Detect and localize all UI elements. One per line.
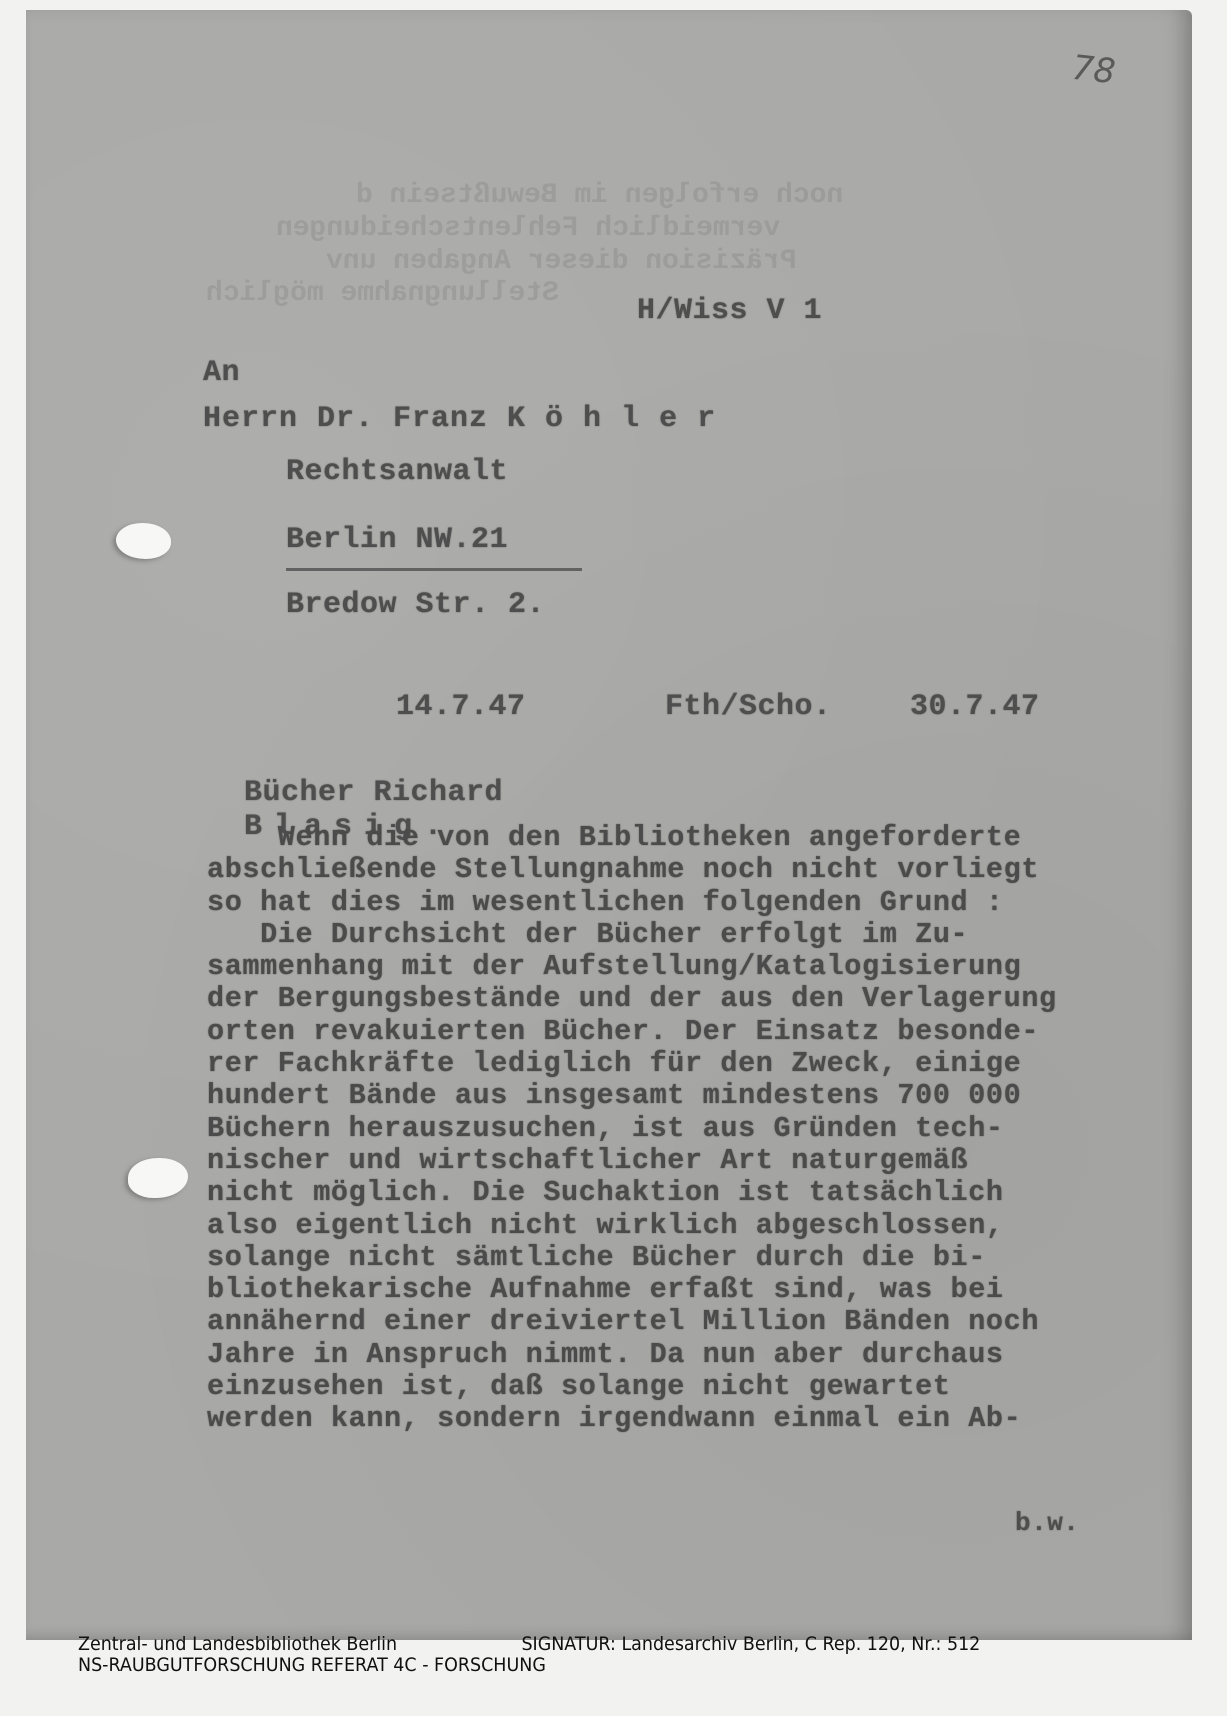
recipient-name: Herrn Dr. Franz K ö h l e r [203,402,716,436]
bleed-through-text: vermeidlich Fehlentscheidungen [276,213,780,244]
bleed-through-text: Stellungnahme möglich [206,278,559,309]
address-prefix: An [203,356,240,390]
body-line: abschließende Stellungnahme noch nicht v… [207,854,1197,886]
body-line: Die Durchsicht der Bücher erfolgt im Zu- [207,919,1197,951]
bleed-through-text: noch erfolgen im Bewußtsein d [356,180,843,211]
body-line: rer Fachkräfte lediglich für den Zweck, … [207,1048,1197,1080]
body-line: einzusehen ist, daß solange nicht gewart… [207,1371,1197,1403]
subject-prefix: Bücher Richard [244,776,503,810]
continuation-note: b.w. [1015,1508,1079,1538]
recipient-title: Rechtsanwalt [286,455,508,489]
footer-department: NS-RAUBGUTFORSCHUNG REFERAT 4C - FORSCHU… [78,1655,546,1676]
bleed-through-text: Präzision dieser Angaben unv [326,246,796,277]
address-underline [286,568,582,571]
recipient-city: Berlin NW.21 [286,523,508,557]
date-received: 14.7.47 [396,690,526,724]
body-line: solange nicht sämtliche Bücher durch die… [207,1242,1197,1274]
body-line: Büchern herauszusuchen, ist aus Gründen … [207,1113,1197,1145]
handwritten-page-number: 78 [1070,48,1117,92]
body-line: orten revakuierten Bücher. Der Einsatz b… [207,1016,1197,1048]
date-sent: 30.7.47 [910,690,1040,724]
archive-footer: Zentral- und Landesbibliothek Berlin SIG… [78,1634,546,1676]
body-line: bliothekarische Aufnahme erfaßt sind, wa… [207,1274,1197,1306]
letter-body: Wenn die von den Bibliotheken angeforder… [207,822,1197,1436]
punch-hole-bottom [128,1158,188,1198]
body-line: werden kann, sondern irgendwann einmal e… [207,1403,1197,1435]
footer-institution: Zentral- und Landesbibliothek Berlin [78,1634,546,1655]
body-line: sammenhang mit der Aufstellung/Katalogis… [207,951,1197,983]
footer-signature: SIGNATUR: Landesarchiv Berlin, C Rep. 12… [521,1634,980,1655]
body-line: hundert Bände aus insgesamt mindestens 7… [207,1080,1197,1112]
body-line: also eigentlich nicht wirklich abgeschlo… [207,1210,1197,1242]
body-line: so hat dies im wesentlichen folgenden Gr… [207,887,1197,919]
body-line: Wenn die von den Bibliotheken angeforder… [207,822,1197,854]
body-line: der Bergungsbestände und der aus den Ver… [207,983,1197,1015]
body-line: annähernd einer dreiviertel Million Bänd… [207,1306,1197,1338]
body-line: nischer und wirtschaftlicher Art naturge… [207,1145,1197,1177]
reference-code: H/Wiss V 1 [637,294,822,328]
body-line: Jahre in Anspruch nimmt. Da nun aber dur… [207,1339,1197,1371]
punch-hole-top [116,523,171,559]
author-initials: Fth/Scho. [665,690,832,724]
body-line: nicht möglich. Die Suchaktion ist tatsäc… [207,1177,1197,1209]
recipient-street: Bredow Str. 2. [286,588,545,622]
